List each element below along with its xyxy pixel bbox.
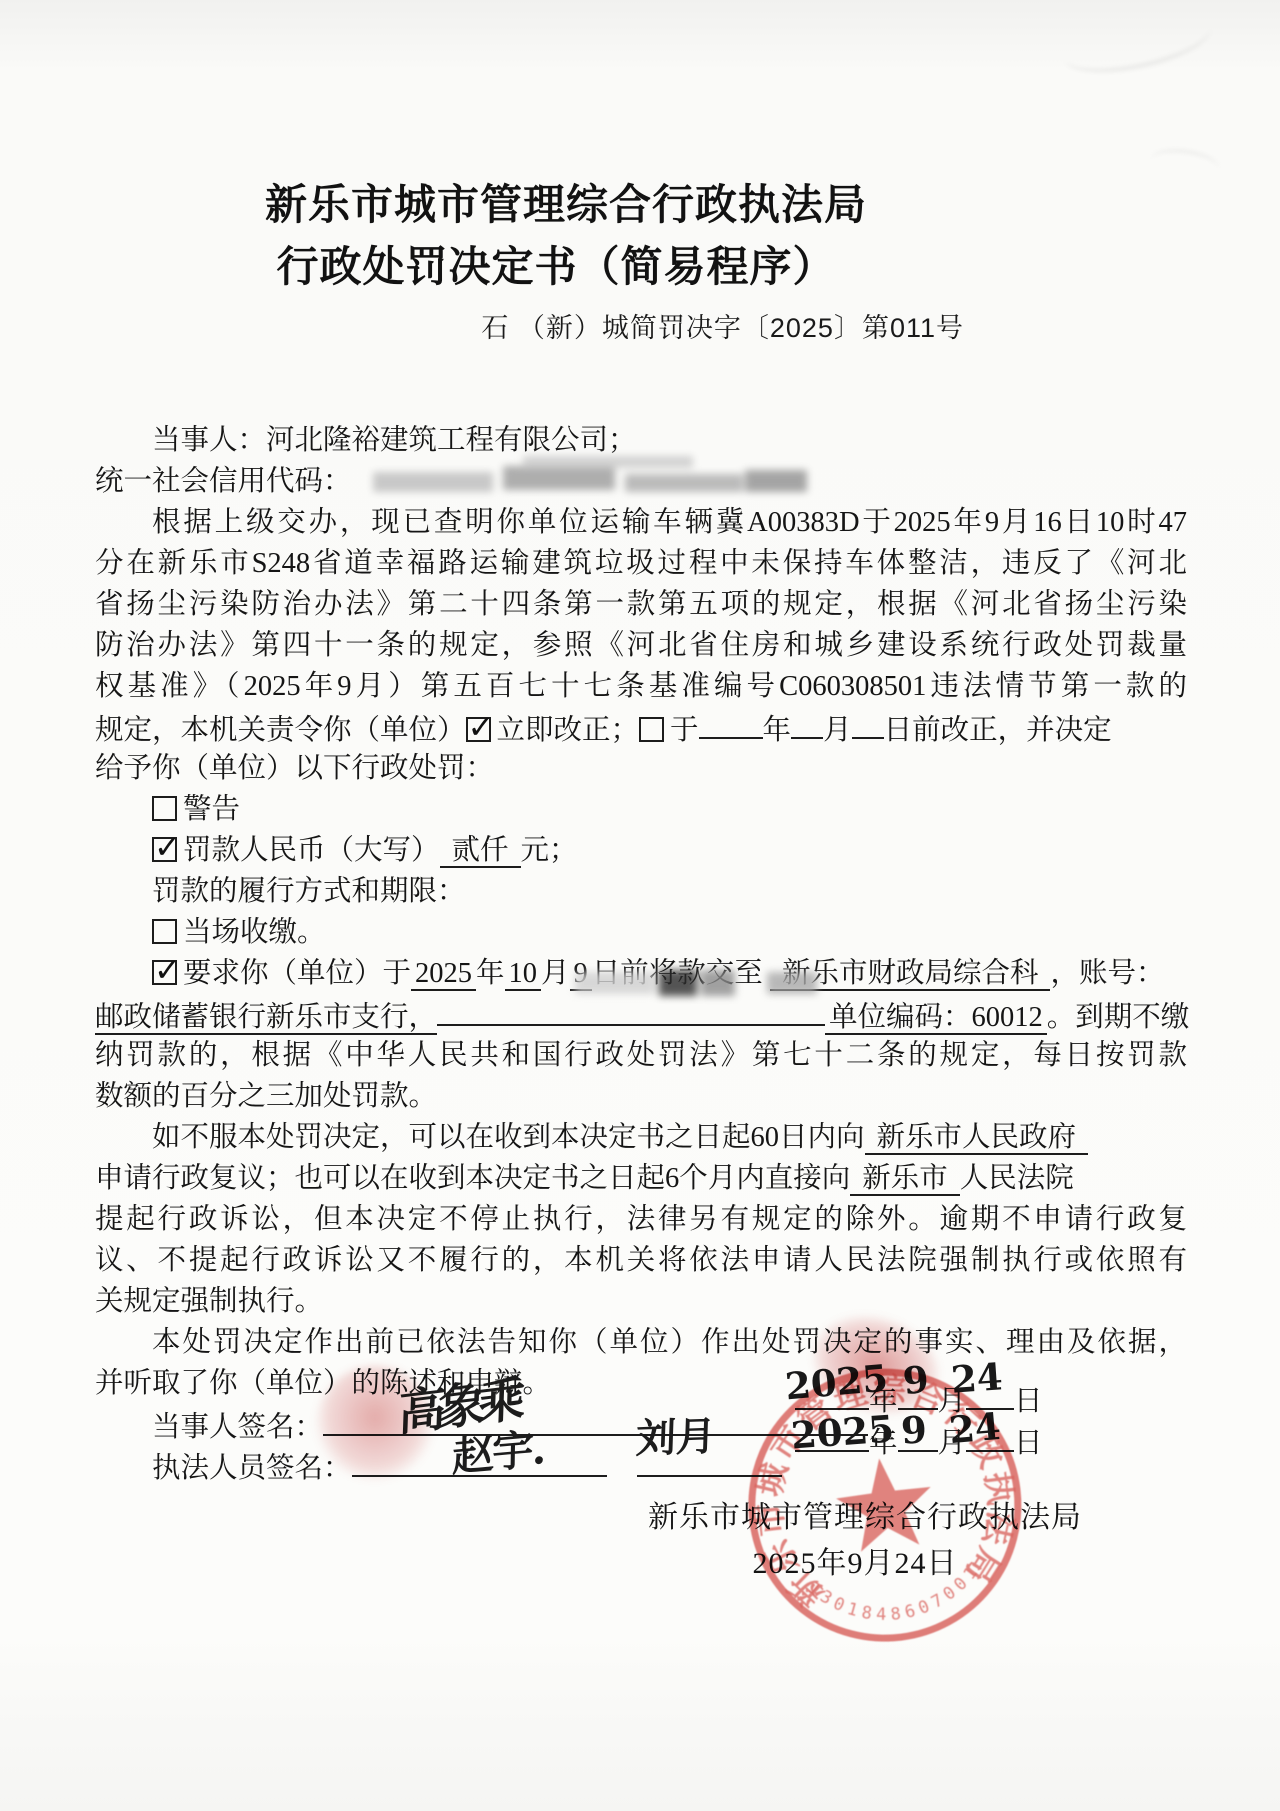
blank-day	[852, 707, 884, 739]
account-number-redaction	[575, 966, 831, 998]
payment-year-filled: 2025	[411, 958, 476, 991]
body-text: 人民法院	[960, 1163, 1074, 1194]
unit-year: 年	[476, 958, 505, 989]
officer-signature-label: 执法人员签名：	[152, 1453, 352, 1484]
body-line: 防治办法》第四十一条的规定，参照《河北省住房和城乡建设系统行政处罚裁量	[95, 625, 1187, 666]
onsite-collection-line: 当场收缴。	[95, 912, 1187, 953]
scanned-penalty-document: 新乐市城市管理综合行政执法局 行政处罚决定书（简易程序） 石 （新）城简罚决字〔…	[0, 0, 1280, 1811]
credit-code-line: 统一社会信用代码：	[95, 461, 1187, 502]
body-line: 议、不提起行政诉讼又不履行的，本机关将依法申请人民法院强制执行或依照有	[95, 1240, 1187, 1281]
checkbox-fine-checked: ✓	[152, 837, 177, 862]
document-title-agency: 新乐市城市管理综合行政执法局	[0, 172, 1132, 232]
party-line: 当事人：河北隆裕建筑工程有限公司；	[95, 420, 1187, 461]
unit-month: 月	[823, 715, 852, 746]
body-text: 要求你（单位）于	[183, 958, 411, 989]
officer-handwritten-signature-2: 刘月	[635, 1405, 717, 1465]
fine-pre-text: 罚款人民币（大写）	[183, 835, 440, 866]
document-body: 当事人：河北隆裕建筑工程有限公司； 统一社会信用代码： 根据上级交办，现已查明你…	[95, 420, 1187, 1486]
body-line: 本处罚决定作出前已依法告知你（单位）作出处罚决定的事实、理由及依据，	[95, 1322, 1187, 1363]
review-authority-filled: 新乐市人民政府	[865, 1122, 1089, 1155]
body-text: 立即改正；	[497, 715, 640, 746]
penalty-warning-line: 警告	[95, 789, 1187, 830]
fine-amount-filled: 贰仟	[440, 835, 521, 868]
officer-handwritten-signature-1: 赵宇.	[452, 1416, 545, 1484]
seal-graphic: 新乐市城市管理综合行政执法局 1301848607001	[726, 1344, 1045, 1669]
body-text: 如不服本处罚决定，可以在收到本决定书之日起60日内向	[152, 1122, 865, 1153]
appeal-line-1: 如不服本处罚决定，可以在收到本决定书之日起60日内向新乐市人民政府	[95, 1117, 1187, 1158]
body-line: 省扬尘污染防治办法》第二十四条第一款第五项的规定，根据《河北省扬尘污染	[95, 584, 1187, 625]
check-icon: ✓	[468, 707, 495, 748]
body-line: 给予你（单位）以下行政处罚：	[95, 748, 1187, 789]
body-line: 纳罚款的，根据《中华人民共和国行政处罚法》第七十二条的规定，每日按罚款	[95, 1035, 1187, 1076]
fine-method-label-line: 罚款的履行方式和期限：	[95, 871, 1187, 912]
scan-artifact	[1148, 145, 1221, 183]
body-text: ，账号：	[1050, 958, 1164, 989]
bank-name-filled: 邮政储蓄银行新乐市支行，	[95, 1002, 437, 1035]
blank-year	[699, 707, 763, 739]
scan-artifact	[1058, 3, 1215, 83]
document-title-type: 行政处罚决定书（简易程序）	[0, 234, 1112, 294]
body-text: 。到期不缴	[1047, 1002, 1190, 1033]
penalty-warning-label: 警告	[183, 794, 240, 825]
payment-month-filled: 10	[505, 958, 542, 991]
unit-code-filled: 单位编码：60012	[825, 1002, 1047, 1035]
unit-month: 月	[541, 958, 570, 989]
red-fingerprint-smudge	[316, 1366, 434, 1480]
checkbox-warning-unchecked	[152, 796, 177, 821]
credit-code-label: 统一社会信用代码：	[95, 466, 352, 497]
checkbox-immediate-correction-checked: ✓	[466, 717, 491, 742]
credit-code-redaction	[373, 462, 813, 498]
court-city-filled: 新乐市	[850, 1163, 960, 1196]
onsite-label: 当场收缴。	[183, 917, 326, 948]
check-icon: ✓	[154, 950, 181, 991]
account-number-blank	[437, 994, 825, 1026]
body-line: 分在新乐市S248省道幸福路运输建筑垃圾过程中未保持车体整洁，违反了《河北	[95, 543, 1187, 584]
body-line: 权基准》（2025年9月）第五百七十七条基准编号C060308501违法情节第一…	[95, 666, 1187, 707]
body-text: 申请行政复议；也可以在收到本决定书之日起6个月内直接向	[95, 1163, 850, 1194]
body-text: 规定，本机关责令你（单位）	[95, 715, 466, 746]
checkbox-payment-checked: ✓	[152, 960, 177, 985]
body-text: 日前改正，并决定	[884, 715, 1112, 746]
fine-post-text: 元；	[521, 835, 578, 866]
body-line: 关规定强制执行。	[95, 1281, 1187, 1322]
appeal-line-2: 申请行政复议；也可以在收到本决定书之日起6个月内直接向新乐市人民法院	[95, 1158, 1187, 1199]
body-line: 提起行政诉讼，但本决定不停止执行，法律另有规定的除外。逾期不申请行政复	[95, 1199, 1187, 1240]
bank-line: 邮政储蓄银行新乐市支行，单位编码：60012。到期不缴	[95, 994, 1187, 1035]
body-line: 数额的百分之三加处罚款。	[95, 1076, 1187, 1117]
party-signature-label: 当事人签名：	[152, 1412, 323, 1443]
body-line: 根据上级交办，现已查明你单位运输车辆冀A00383D于2025年9月16日10时…	[95, 502, 1187, 543]
checkbox-deadline-correction-unchecked	[639, 717, 664, 742]
official-seal-stamp: 新乐市城市管理综合行政执法局 1301848607001	[726, 1344, 1045, 1669]
checkbox-onsite-unchecked	[152, 919, 177, 944]
blank-month	[791, 707, 823, 739]
penalty-fine-line: ✓罚款人民币（大写）贰仟元；	[95, 830, 1187, 871]
body-text: 于	[670, 715, 699, 746]
seal-star-icon	[832, 1453, 938, 1554]
document-number: 石 （新）城简罚决字〔2025〕第011号	[0, 306, 964, 345]
unit-year: 年	[763, 715, 792, 746]
correction-options-line: 规定，本机关责令你（单位）✓立即改正；于年月日前改正，并决定	[95, 707, 1187, 748]
check-icon: ✓	[154, 827, 181, 868]
